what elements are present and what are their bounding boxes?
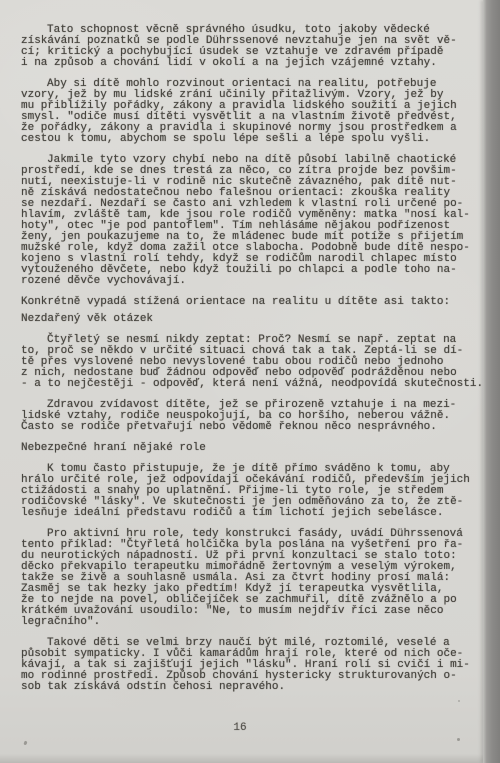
paragraph: K tomu často přistupuje, že je dítě přím… (21, 464, 483, 519)
page-bottom-shadow (0, 754, 483, 763)
text-line: Nezdařený věk otázek (21, 314, 483, 325)
scan-speck (23, 741, 27, 746)
section-heading: Nezdařený věk otázek (21, 314, 483, 325)
document-text: Tato schopnost věcně správného úsudku, t… (21, 25, 483, 703)
paragraph: Čtyřletý se nesmí nikdy zeptat: Proč? Ne… (21, 335, 483, 390)
text-line: lesňuje ideální představu rodičů a tím l… (21, 508, 483, 519)
text-line: - a to nejčestěji - odpověď, která není … (21, 379, 483, 390)
text-line: rozené děvče vychovávají. (21, 276, 483, 287)
text-line: Nebezpečné hraní nějaké role (21, 443, 483, 454)
paragraph: Tato schopnost věcně správného úsudku, t… (21, 25, 483, 69)
scanned-page: Tato schopnost věcně správného úsudku, t… (0, 0, 500, 763)
paragraph: Takové děti se velmi brzy naučí být milé… (21, 638, 483, 693)
lead-in-line: Konkrétně vypadá stížená orientace na re… (21, 297, 483, 308)
paragraph: Zdravou zvídavost dítěte, jež se přiroze… (21, 400, 483, 433)
text-line: i na způsob a chování lidí v okolí a na … (21, 58, 483, 69)
text-line: Konkrétně vypadá stížená orientace na re… (21, 297, 483, 308)
paragraph: Jakmile tyto vzory chybí nebo na dítě pů… (21, 155, 483, 287)
text-line: legračního". (21, 617, 483, 628)
text-line: sob tak získává odstín čehosi nepravého. (21, 682, 483, 693)
page-number: 16 (0, 723, 480, 734)
paragraph: Pro aktivní hru role, tedy konstrukci fa… (21, 529, 483, 628)
scan-speck (457, 738, 460, 741)
text-line: Často se rodiče přetvařují nebo vědomě ř… (21, 422, 483, 433)
text-line: cestou k tomu, abychom se spolu lépe seš… (21, 134, 483, 145)
paragraph: Aby si dítě mohlo rozvinout orientaci na… (21, 79, 483, 145)
section-heading: Nebezpečné hraní nějaké role (21, 443, 483, 454)
scan-speck (458, 700, 460, 702)
page-edge-shadow (483, 0, 500, 763)
